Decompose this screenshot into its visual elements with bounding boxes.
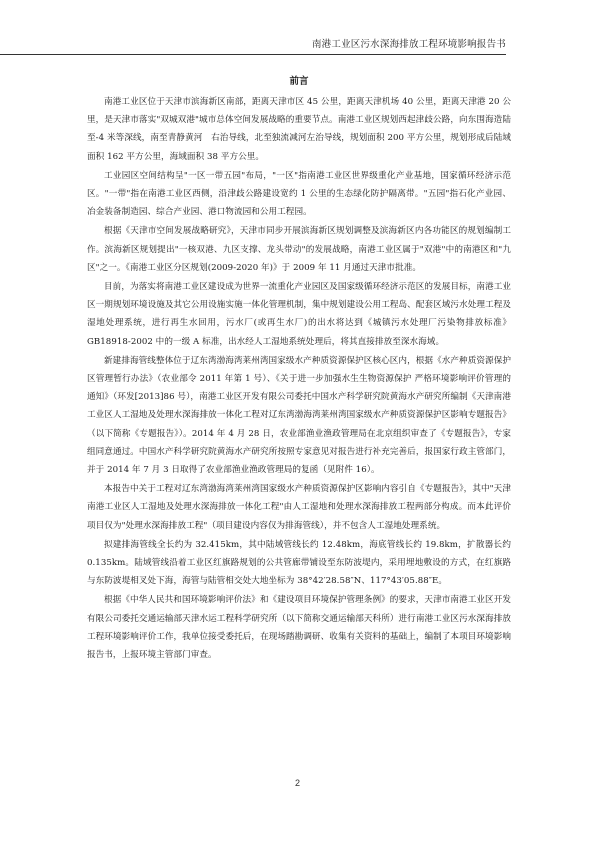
paragraph-commission: 根据《中华人民共和国环境影响评价法》和《建设项目环境保护管理条例》的要求，天津市… — [87, 591, 511, 664]
paragraph-planning: 根据《天津市空间发展战略研究》，天津市同步开展滨海新区规划调整及滨海新区内各功能… — [87, 222, 511, 277]
paragraph-pipeline: 拟建排海管线全长约为 32.415km，其中陆域管线长约 12.48km，海底管… — [87, 536, 511, 591]
header-title: 南港工业区污水深海排放工程环境影响报告书 — [312, 38, 506, 52]
paragraph-current-status: 目前，为落实将南港工业区建设成为世界一流重化产业园区及国家级循环经济示范区的发展… — [87, 278, 511, 351]
running-header: 南港工业区污水深海排放工程环境影响报告书 — [0, 38, 506, 55]
paragraph-spatial-structure: 工业园区空间结构呈"一区一带五园"布局，"一区"指南港工业区世界级重化产业基地，… — [87, 167, 511, 222]
paragraph-report-scope: 本报告中关于工程对辽东湾渤海湾莱州湾国家级水产种质资源保护区影响内容引自《专题报… — [87, 480, 511, 535]
document-body: 前言 南港工业区位于天津市滨海新区南部，距离天津市区 45 公里，距离天津机场 … — [87, 74, 511, 665]
section-title: 前言 — [87, 74, 511, 90]
page-number: 2 — [0, 778, 595, 788]
paragraph-location: 南港工业区位于天津市滨海新区南部，距离天津市区 45 公里，距离天津机场 40 … — [87, 93, 511, 166]
paragraph-protection-zone: 新建排海管线整体位于辽东湾渤海湾莱州湾国家级水产种质资源保护区核心区内，根据《水… — [87, 352, 511, 479]
